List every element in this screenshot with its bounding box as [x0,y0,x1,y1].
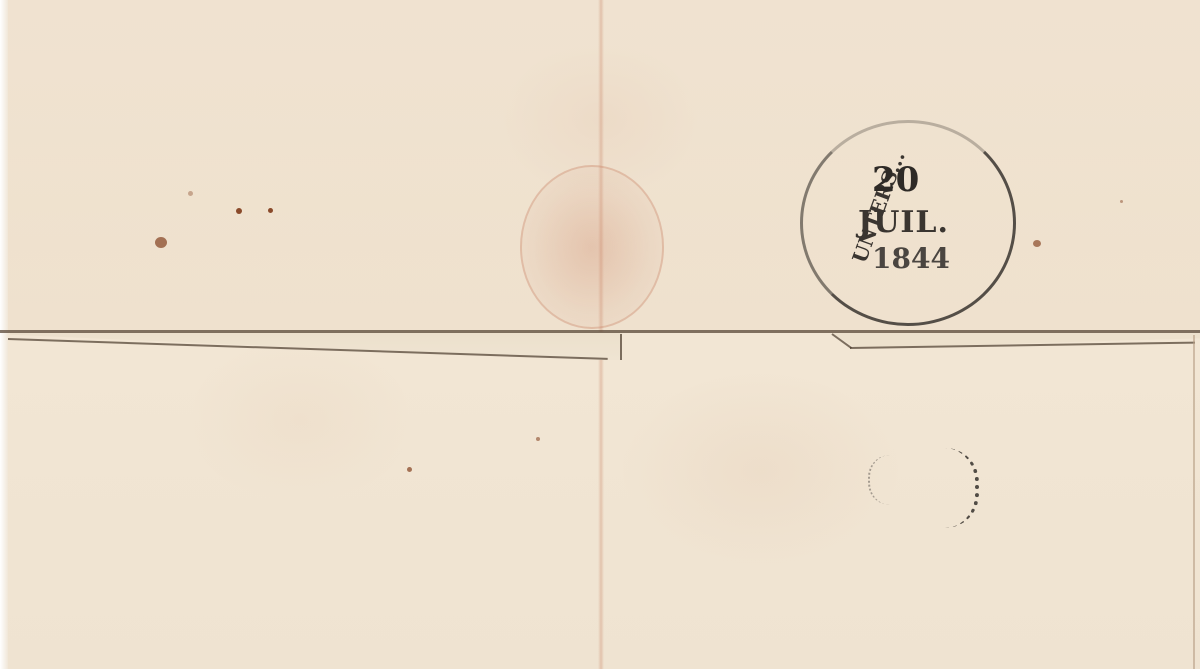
foxing-spot [236,208,242,214]
foxing-spot [1120,200,1123,203]
foxing-spot [1033,240,1041,247]
flap-edge-line [620,334,622,360]
horizontal-fold-edge [0,330,1200,333]
foxing-spot [155,237,167,248]
foxing-spot [407,467,412,472]
postmark-day: 20 [872,160,919,200]
postmark-year: 1844 [872,242,950,275]
postmark-month: JUIL. [858,205,949,240]
foxing-spot [268,208,273,213]
wax-seal-impression [520,165,664,329]
foxing-spot [536,437,540,441]
paper-left-edge [0,0,8,669]
foxing-spot [188,191,193,196]
paper-right-edge [1193,335,1195,669]
